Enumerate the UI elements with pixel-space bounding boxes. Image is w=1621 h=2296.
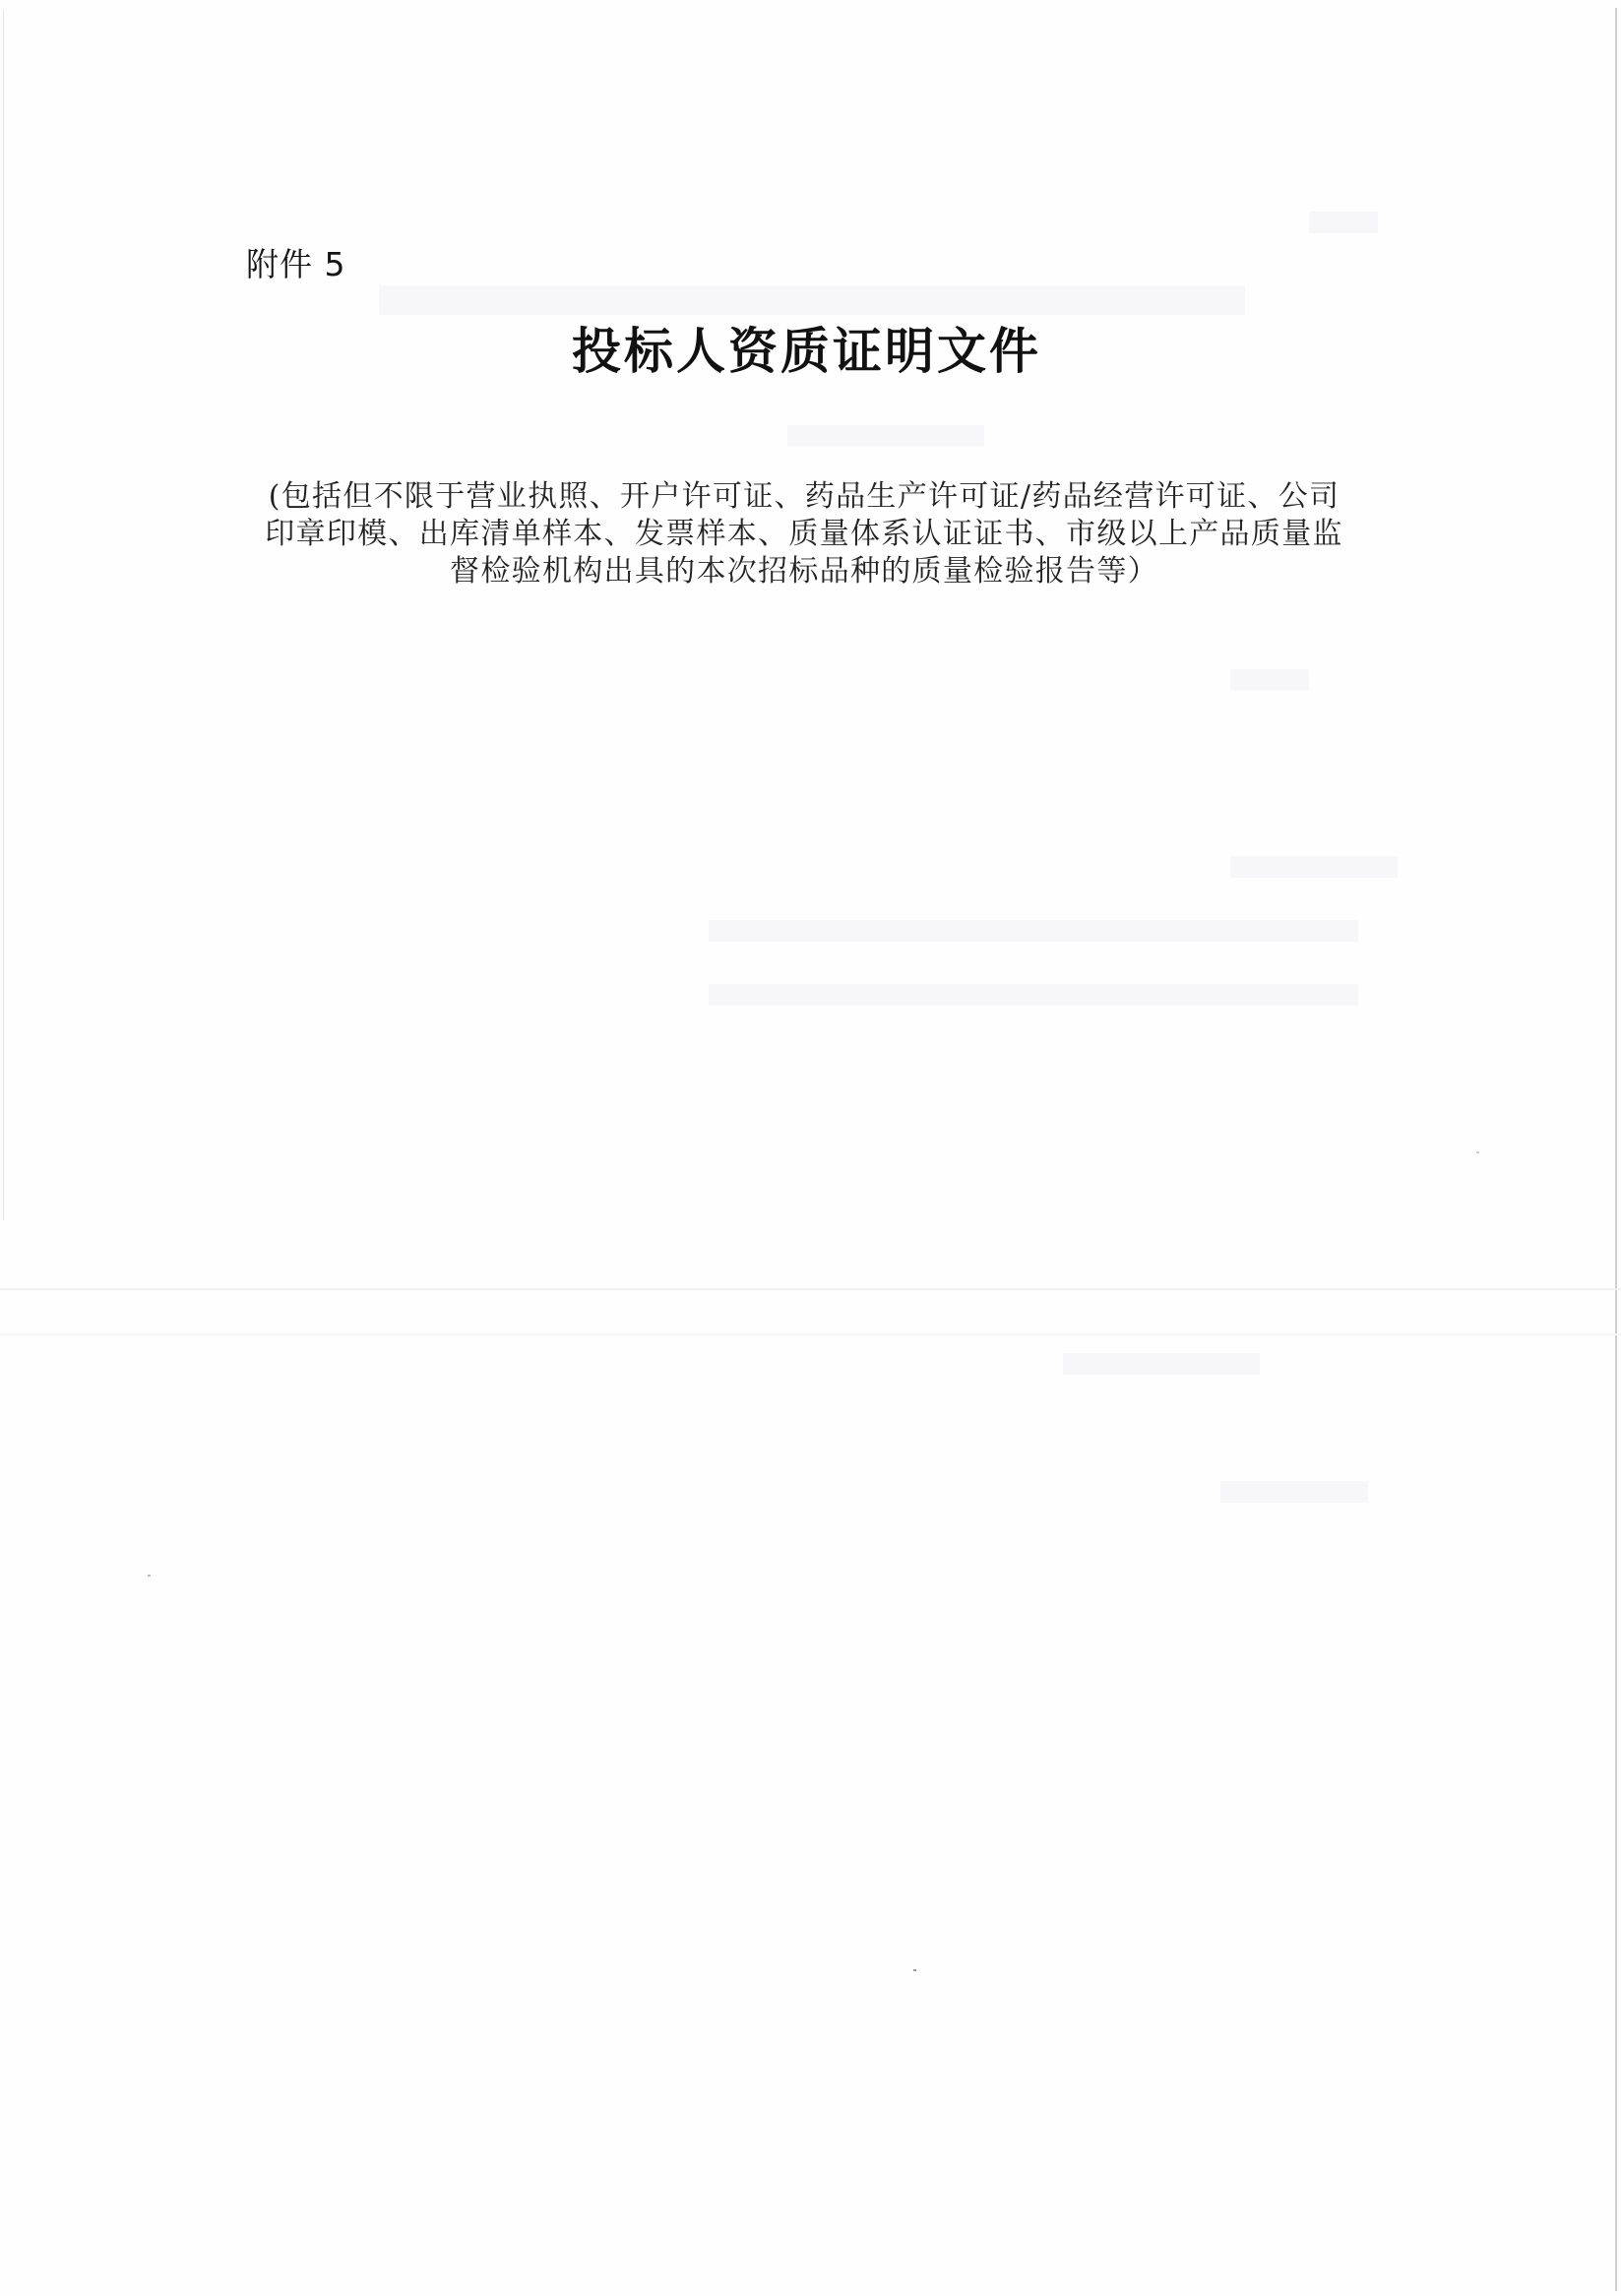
- document-title-container: 投标人资质证明文件: [0, 321, 1621, 382]
- bleed-through-mark: [1309, 212, 1378, 233]
- scan-speck: [913, 1969, 916, 1971]
- description-line-3: 督检验机构出具的本次招标品种的质量检验报告等）: [243, 553, 1365, 590]
- scan-band: [0, 1334, 1621, 1335]
- scanned-page: 附件 5 投标人资质证明文件 (包括但不限于营业执照、开户许可证、药品生产许可证…: [0, 0, 1621, 2296]
- bleed-through-mark: [709, 984, 1358, 1006]
- description-line-1: (包括但不限于营业执照、开户许可证、药品生产许可证/药品经营许可证、公司: [243, 478, 1365, 516]
- scan-speck: [1476, 1151, 1479, 1153]
- bleed-through-mark: [379, 285, 1245, 315]
- bleed-through-mark: [1230, 856, 1398, 878]
- bleed-through-mark: [787, 425, 984, 447]
- scan-edge-left: [3, 10, 4, 1220]
- bleed-through-mark: [1220, 1481, 1368, 1503]
- bleed-through-mark: [709, 920, 1358, 942]
- scan-speck: [148, 1575, 151, 1577]
- attachment-label: 附件 5: [246, 244, 346, 285]
- bleed-through-mark: [1063, 1353, 1260, 1375]
- description-line-2: 印章印模、出库清单样本、发票样本、质量体系认证证书、市级以上产品质量监: [243, 516, 1365, 553]
- document-description: (包括但不限于营业执照、开户许可证、药品生产许可证/药品经营许可证、公司 印章印…: [243, 478, 1365, 590]
- document-title: 投标人资质证明文件: [572, 321, 1041, 382]
- scan-band: [0, 1288, 1621, 1290]
- bleed-through-mark: [1230, 669, 1309, 691]
